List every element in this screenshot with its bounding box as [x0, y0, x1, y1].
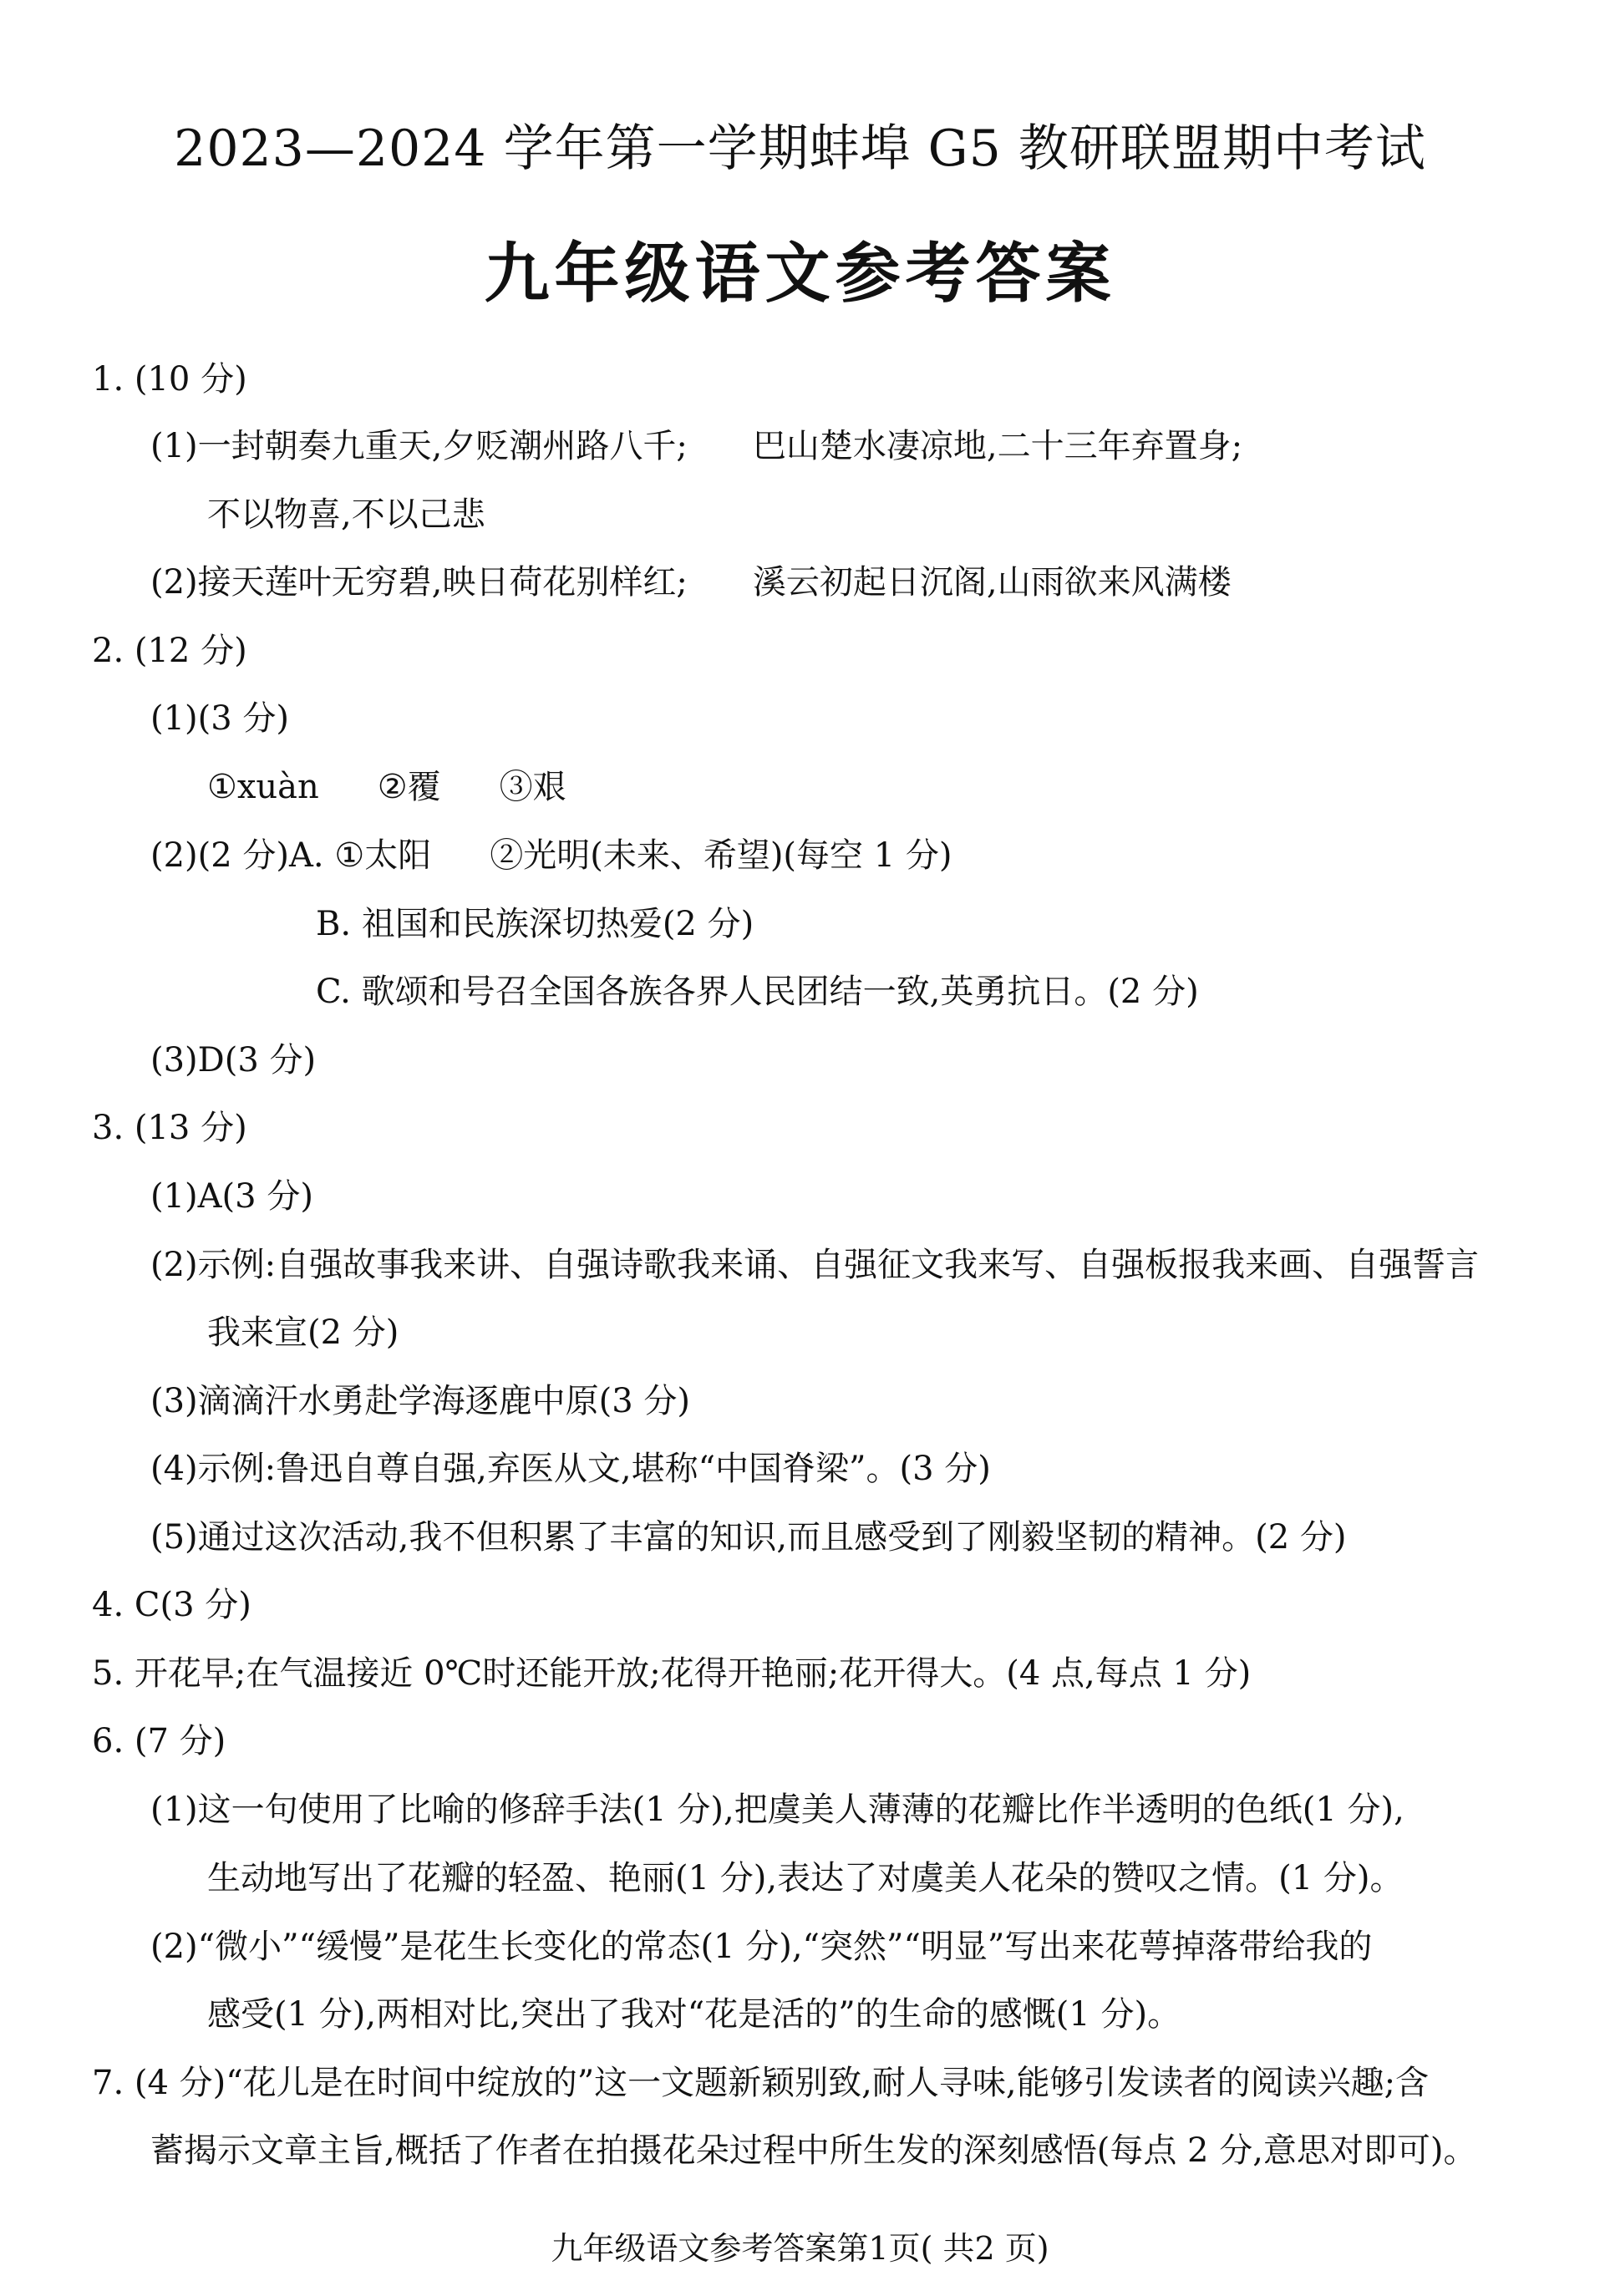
question-6-part-1: (1)这一句使用了比喻的修辞手法(1 分),把虞美人薄薄的花瓣比作半透明的色纸(… [150, 1790, 1404, 1830]
question-6-heading: 6. (7 分) [92, 1721, 226, 1761]
question-1-part-2: (2)接天莲叶无穷碧,映日荷花别样红;溪云初起日沉阁,山雨欲来风满楼 [150, 562, 1232, 602]
question-2-part-1-answers: ①xuàn②覆③艰 [207, 767, 566, 807]
answer-text: (1)一封朝奏九重天,夕贬潮州路八千; [150, 427, 688, 465]
question-7-answer-cont: 蓄揭示文章主旨,概括了作者在拍摄花朵过程中所生发的深刻感悟(每点 2 分,意思对… [150, 2131, 1477, 2171]
question-1-heading: 1. (10 分) [92, 359, 247, 399]
question-6-part-2-cont: 感受(1 分),两相对比,突出了我对“花是活的”的生命的感慨(1 分)。 [207, 1994, 1181, 2034]
page-footer: 九年级语文参考答案第1页( 共2 页) [0, 2222, 1600, 2268]
question-2-heading: 2. (12 分) [92, 631, 247, 671]
question-3-part-4: (4)示例:鲁迅自尊自强,弃医从文,堪称“中国脊梁”。(3 分) [150, 1449, 991, 1489]
question-3-part-2-cont: 我来宣(2 分) [207, 1313, 399, 1353]
question-3-part-1: (1)A(3 分) [150, 1176, 313, 1217]
question-3-part-5: (5)通过这次活动,我不但积累了丰富的知识,而且感受到了刚毅坚韧的精神。(2 分… [150, 1517, 1346, 1557]
answer-text: 溪云初起日沉阁,山雨欲来风满楼 [753, 563, 1232, 602]
answer-text: 巴山楚水凄凉地,二十三年弃置身; [753, 427, 1242, 465]
answer-item: ②覆 [378, 768, 441, 806]
question-3-heading: 3. (13 分) [92, 1108, 247, 1148]
question-2-part-2-a: (2)(2 分)A. ①太阳②光明(未来、希望)(每空 1 分) [150, 836, 952, 876]
answer-text: (2)接天莲叶无穷碧,映日荷花别样红; [150, 563, 688, 602]
question-6-part-2: (2)“微小”“缓慢”是花生长变化的常态(1 分),“突然”“明显”写出来花萼掉… [150, 1927, 1372, 1967]
answer-item: ③艰 [500, 768, 566, 806]
question-6-part-1-cont: 生动地写出了花瓣的轻盈、艳丽(1 分),表达了对虞美人花朵的赞叹之情。(1 分)… [207, 1858, 1403, 1898]
question-3-part-3: (3)滴滴汗水勇赴学海逐鹿中原(3 分) [150, 1381, 690, 1421]
question-2-part-2-b: B. 祖国和民族深切热爱(2 分) [316, 904, 754, 944]
question-2-part-2-c: C. 歌颂和号召全国各族各界人民团结一致,英勇抗日。(2 分) [316, 972, 1199, 1012]
question-2-part-1: (1)(3 分) [150, 698, 289, 739]
question-4-answer: 4. C(3 分) [92, 1585, 251, 1625]
exam-title: 2023—2024 学年第一学期蚌埠 G5 教研联盟期中考试 [0, 109, 1600, 180]
answer-text: ②光明(未来、希望)(每空 1 分) [490, 836, 952, 875]
question-3-part-2: (2)示例:自强故事我来讲、自强诗歌我来诵、自强征文我来写、自强板报我来画、自强… [150, 1245, 1479, 1285]
answer-text: (2)(2 分)A. ①太阳 [150, 836, 431, 875]
question-1-part-1-cont: 不以物喜,不以己悲 [207, 495, 485, 535]
question-5-answer: 5. 开花早;在气温接近 0℃时还能开放;花得开艳丽;花开得大。(4 点,每点 … [92, 1653, 1251, 1694]
question-1-part-1: (1)一封朝奏九重天,夕贬潮州路八千;巴山楚水凄凉地,二十三年弃置身; [150, 426, 1242, 466]
question-7-answer: 7. (4 分)“花儿是在时间中绽放的”这一文题新颖别致,耐人寻味,能够引发读者… [92, 2063, 1429, 2103]
page-title: 九年级语文参考答案 [0, 221, 1600, 315]
question-2-part-3: (3)D(3 分) [150, 1040, 316, 1080]
answer-item: ①xuàn [207, 768, 319, 806]
